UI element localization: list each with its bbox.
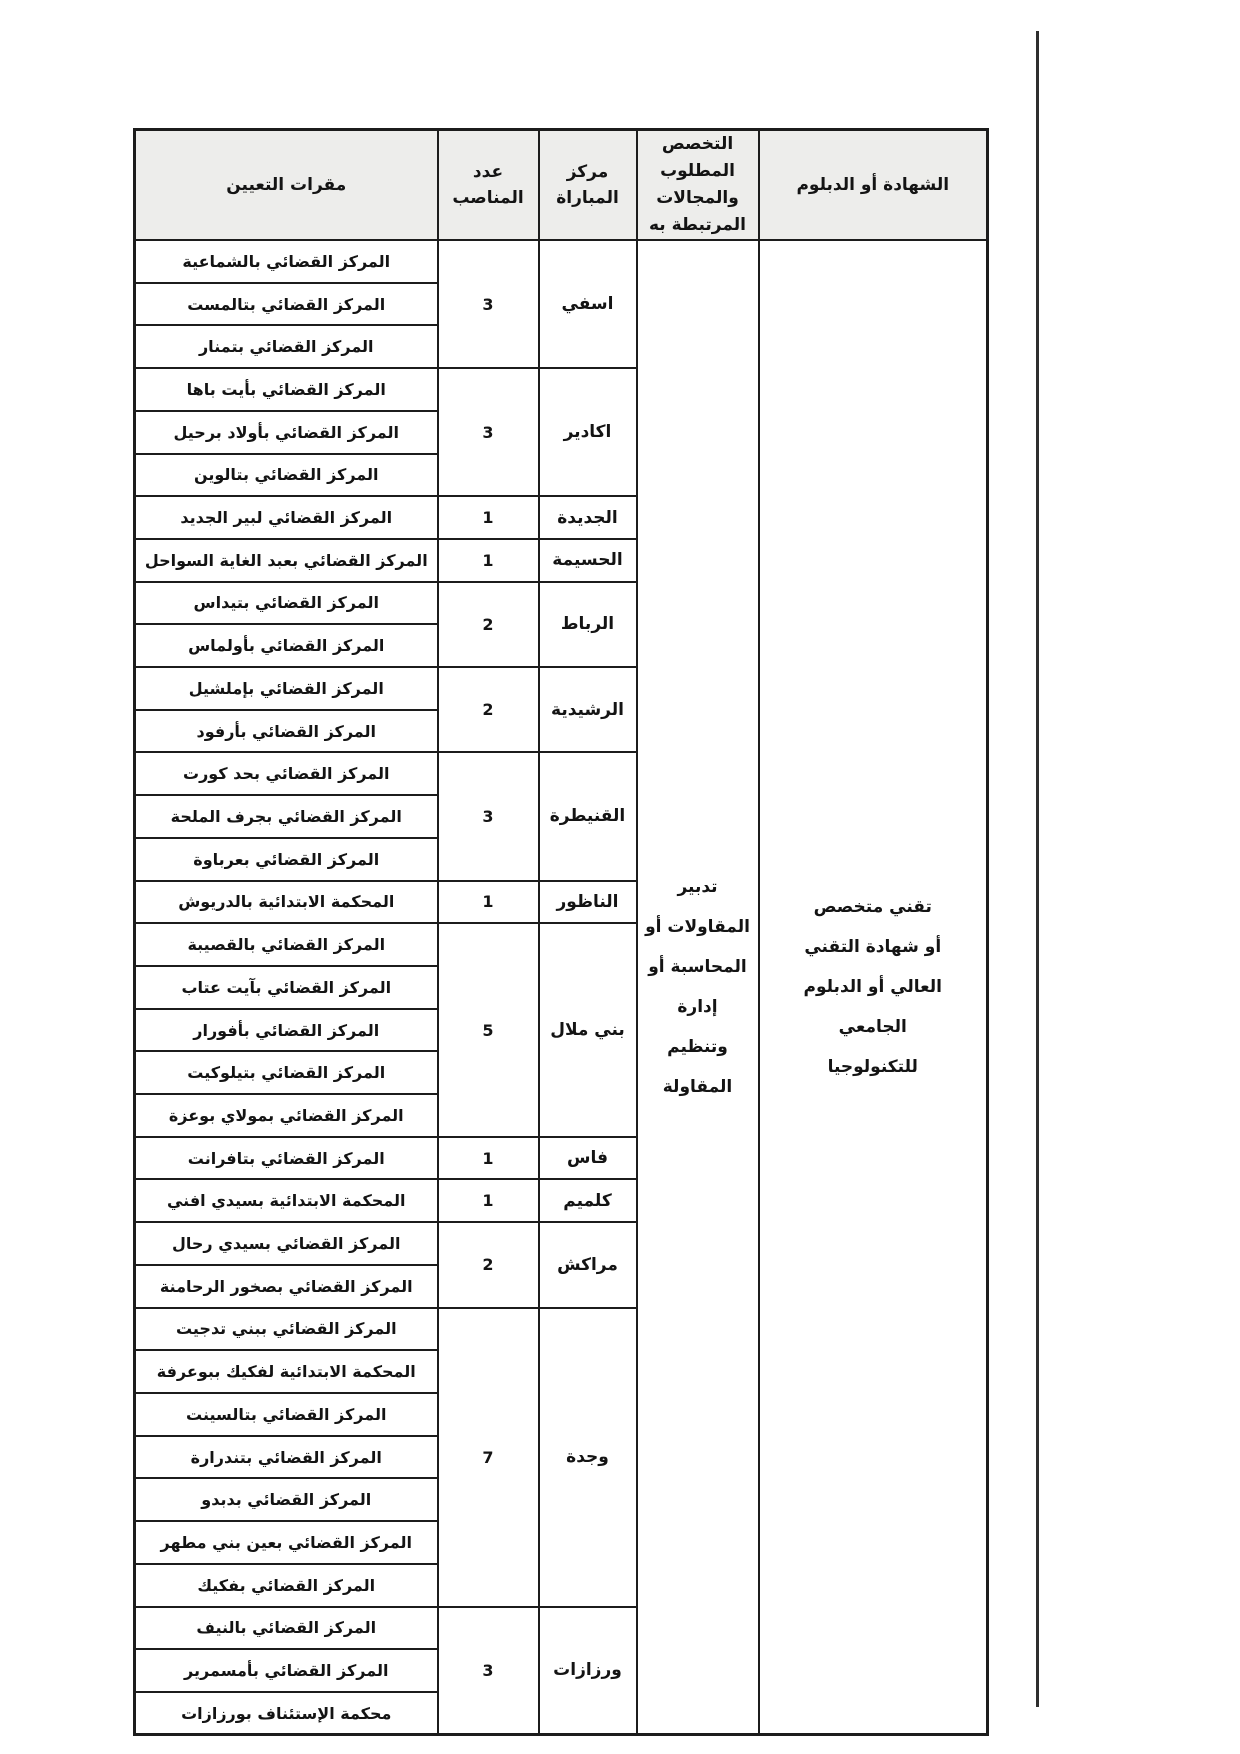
- certificate-cell: تقني متخصصأو شهادة التقنيالعالي أو الدبل…: [759, 240, 988, 1735]
- competition-center-cell: القنيطرة: [539, 752, 637, 880]
- positions-count-cell: 3: [438, 752, 539, 880]
- appointment-location-cell: المركز القضائي بعين بني مطهر: [135, 1521, 438, 1564]
- appointment-location-cell: المركز القضائي بأمسمرير: [135, 1649, 438, 1692]
- appointment-location-cell: المحكمة الابتدائية بالدريوش: [135, 881, 438, 924]
- table-body: تقني متخصصأو شهادة التقنيالعالي أو الدبل…: [135, 240, 988, 1735]
- appointment-location-cell: المركز القضائي بالشماعية: [135, 240, 438, 283]
- positions-count-cell: 1: [438, 496, 539, 539]
- positions-count-cell: 7: [438, 1308, 539, 1607]
- specialization-line: تدبير المقاولات أو: [638, 867, 758, 947]
- appointment-location-cell: المركز القضائي بالقصيبة: [135, 923, 438, 966]
- competition-center-cell: الجديدة: [539, 496, 637, 539]
- positions-count-cell: 3: [438, 240, 539, 368]
- positions-count-cell: 2: [438, 582, 539, 667]
- appointment-location-cell: المركز القضائي بحد كورت: [135, 752, 438, 795]
- competition-center-cell: فاس: [539, 1137, 637, 1180]
- scanned-document-page: { "colors": { "border": "#1c1c1c", "head…: [0, 0, 1240, 1754]
- appointment-location-cell: المركز القضائي بأيت باها: [135, 368, 438, 411]
- competition-center-cell: وجدة: [539, 1308, 637, 1607]
- table-header-row: الشهادة أو الدبلوم التخصصالمطلوب والمجال…: [135, 130, 988, 241]
- appointment-location-cell: المحكمة الابتدائية لفكيك ببوعرفة: [135, 1350, 438, 1393]
- appointment-location-cell: المركز القضائي بجرف الملحة: [135, 795, 438, 838]
- specialization-line: وتنظيم المقاولة: [638, 1027, 758, 1107]
- header-competition-center: مركز المباراة: [539, 130, 637, 241]
- appointment-location-cell: محكمة الإستئناف بورزازات: [135, 1692, 438, 1735]
- competition-center-cell: كلميم: [539, 1179, 637, 1222]
- positions-count-cell: 1: [438, 881, 539, 924]
- appointment-location-cell: المركز القضائي لبير الجديد: [135, 496, 438, 539]
- positions-count-cell: 3: [438, 1607, 539, 1735]
- table-row: تقني متخصصأو شهادة التقنيالعالي أو الدبل…: [135, 240, 988, 283]
- appointment-location-cell: المركز القضائي بأولماس: [135, 624, 438, 667]
- appointment-location-cell: المركز القضائي بأرفود: [135, 710, 438, 753]
- positions-count-cell: 1: [438, 1179, 539, 1222]
- competition-center-cell: بني ملال: [539, 923, 637, 1137]
- page-margin-rule: [1036, 31, 1039, 1707]
- competition-center-cell: ورزازات: [539, 1607, 637, 1735]
- appointment-location-cell: المركز القضائي بصخور الرحامنة: [135, 1265, 438, 1308]
- specialization-cell: تدبير المقاولات أوالمحاسبة أو إدارةوتنظي…: [637, 240, 759, 1735]
- appointment-location-cell: المركز القضائي بتمنار: [135, 325, 438, 368]
- positions-count-cell: 2: [438, 1222, 539, 1307]
- competition-center-cell: الرباط: [539, 582, 637, 667]
- appointment-location-cell: المركز القضائي بتيلوكيت: [135, 1051, 438, 1094]
- competition-center-cell: الحسيمة: [539, 539, 637, 582]
- certificate-line: العالي أو الدبلوم: [760, 967, 987, 1007]
- header-specialization-line: المطلوب والمجالات: [638, 158, 758, 212]
- positions-count-cell: 5: [438, 923, 539, 1137]
- appointment-location-cell: المركز القضائي بفكيك: [135, 1564, 438, 1607]
- certificate-line: للتكنولوجيا: [760, 1047, 987, 1087]
- appointment-location-cell: المركز القضائي بأفورار: [135, 1009, 438, 1052]
- appointment-location-cell: المركز القضائي بآيت عتاب: [135, 966, 438, 1009]
- header-specialization-line: التخصص: [638, 131, 758, 158]
- appointment-table: الشهادة أو الدبلوم التخصصالمطلوب والمجال…: [133, 128, 989, 1736]
- appointment-location-cell: المركز القضائي بعبد الغاية السواحل: [135, 539, 438, 582]
- certificate-line: تقني متخصص: [760, 887, 987, 927]
- appointment-location-cell: المركز القضائي بإملشيل: [135, 667, 438, 710]
- appointment-location-cell: المركز القضائي بتندرارة: [135, 1436, 438, 1479]
- positions-count-cell: 1: [438, 539, 539, 582]
- appointment-location-cell: المركز القضائي بمولاي بوعزة: [135, 1094, 438, 1137]
- header-positions-count: عدد المناصب: [438, 130, 539, 241]
- appointment-location-cell: المركز القضائي بتالوين: [135, 454, 438, 497]
- appointment-location-cell: المركز القضائي بتافرانت: [135, 1137, 438, 1180]
- competition-center-cell: الرشيدية: [539, 667, 637, 752]
- certificate-line: الجامعي: [760, 1007, 987, 1047]
- positions-count-cell: 2: [438, 667, 539, 752]
- header-appointment-locations: مقرات التعيين: [135, 130, 438, 241]
- competition-center-cell: اسفي: [539, 240, 637, 368]
- header-specialization: التخصصالمطلوب والمجالاتالمرتبطة به: [637, 130, 759, 241]
- positions-count-cell: 3: [438, 368, 539, 496]
- positions-count-cell: 1: [438, 1137, 539, 1180]
- appointment-location-cell: المركز القضائي بسيدي رحال: [135, 1222, 438, 1265]
- appointment-location-cell: المحكمة الابتدائية بسيدي افني: [135, 1179, 438, 1222]
- appointment-location-cell: المركز القضائي بعرباوة: [135, 838, 438, 881]
- appointment-location-cell: المركز القضائي بتالمست: [135, 283, 438, 326]
- competition-center-cell: مراكش: [539, 1222, 637, 1307]
- certificate-line: أو شهادة التقني: [760, 927, 987, 967]
- header-certificate: الشهادة أو الدبلوم: [759, 130, 988, 241]
- appointment-location-cell: المركز القضائي بتيداس: [135, 582, 438, 625]
- appointment-location-cell: المركز القضائي بتالسينت: [135, 1393, 438, 1436]
- competition-center-cell: اكادير: [539, 368, 637, 496]
- competition-center-cell: الناظور: [539, 881, 637, 924]
- appointment-location-cell: المركز القضائي بأولاد برحيل: [135, 411, 438, 454]
- appointment-location-cell: المركز القضائي بدبدو: [135, 1478, 438, 1521]
- appointment-location-cell: المركز القضائي ببني تدجيت: [135, 1308, 438, 1351]
- header-specialization-line: المرتبطة به: [638, 212, 758, 239]
- specialization-line: المحاسبة أو إدارة: [638, 947, 758, 1027]
- appointment-location-cell: المركز القضائي بالنيف: [135, 1607, 438, 1650]
